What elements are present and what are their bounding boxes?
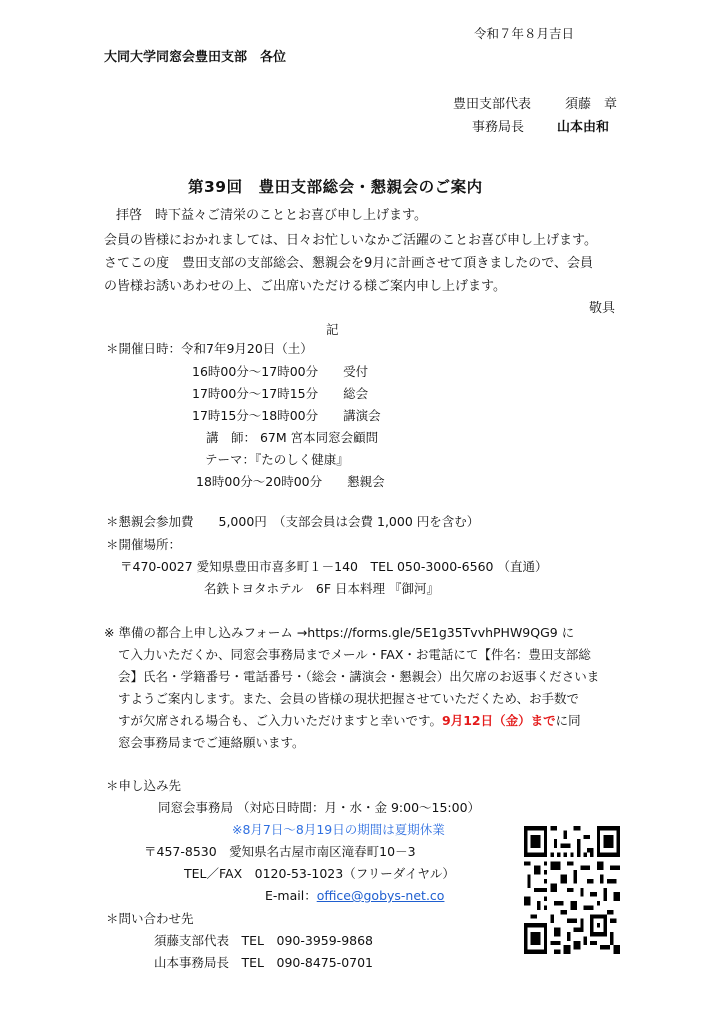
apply-telfax: TEL／FAX 0120-53-1023（フリーダイヤル） — [184, 866, 455, 882]
notice-line-1: ※ 準備の都合上申し込みフォーム →https://forms.gle/5E1g… — [104, 625, 574, 641]
greeting-closing: 敬具 — [589, 301, 615, 317]
sender-2-name: 山本由和 — [557, 120, 609, 136]
summer-holiday-note: ※8月7日～8月19日の期間は夏期休業 — [232, 822, 445, 838]
email-label: E-mail： — [265, 888, 317, 903]
notice-line-5: すが欠席される場合も、ご入力いただけますと幸いです。9月12日（金）までに同 — [118, 713, 581, 729]
schedule-label: ＊開催日時：令和7年9月20日（土） — [106, 341, 313, 357]
greeting-line-4: の皆様お誘いあわせの上、ご出席いただける様ご案内申し上げます。 — [104, 279, 506, 295]
notice-line-5-tail: に同 — [556, 713, 581, 728]
notice-line-4: すようご案内します。また、会員の皆様の現状把握させていただくため、お手数で — [118, 691, 579, 707]
notice-line-3: 会】氏名・学籍番号・電話番号・（総会・講演会・懇親会）出欠席のお返事くださいま — [118, 669, 599, 685]
notice-line-6: 窓会事務局までご連絡願います。 — [118, 735, 305, 751]
apply-office: 同窓会事務局 （対応日時間：月・水・金 9:00～15:00） — [158, 800, 480, 816]
venue-place: 名鉄トヨタホテル 6F 日本料理 『御河』 — [204, 581, 439, 597]
schedule-item: 16時00分～17時00分 受付 — [192, 364, 368, 380]
apply-address: 〒457-8530 愛知県名古屋市南区滝春町10－3 — [144, 844, 416, 860]
fee: ＊懇親会参加費 5,000円 （支部会員は会費 1,000 円を含む） — [106, 514, 479, 530]
qr-code-image[interactable] — [524, 826, 620, 954]
schedule-lecturer: 講 師： 67M 宮本同窓会顧問 — [206, 430, 378, 446]
greeting-line-1: 拝啓 時下益々ご清栄のこととお喜び申し上げます。 — [116, 208, 427, 224]
sender-1-name: 須藤 章 — [565, 97, 617, 113]
venue-address: 〒470-0027 愛知県豊田市喜多町１－140 TEL 050-3000-65… — [120, 559, 547, 575]
venue-label: ＊開催場所： — [106, 537, 181, 553]
greeting-line-3: さてこの度 豊田支部の支部総会、懇親会を9月に計画させて頂きましたので、会員 — [104, 256, 593, 272]
schedule-item: 17時15分～18時00分 講演会 — [192, 408, 381, 424]
schedule-item: 18時00分～20時00分 懇親会 — [196, 474, 385, 490]
sender-1-title: 豊田支部代表 — [453, 97, 531, 113]
contact-label: ＊問い合わせ先 — [106, 911, 194, 927]
recipient: 大同大学同窓会豊田支部 各位 — [104, 50, 286, 66]
ki-heading: 記 — [326, 322, 339, 338]
sender-2-title: 事務局長 — [472, 120, 524, 136]
schedule-item: 17時00分～17時15分 総会 — [192, 386, 368, 402]
greeting-line-2: 会員の皆様におかれましては、日々お忙しいなかご活躍のことお喜び申し上げます。 — [104, 233, 597, 249]
page-title: 第39回 豊田支部総会・懇親会のご案内 — [188, 175, 483, 197]
apply-email-row: E-mail：office@gobys-net.co — [265, 888, 444, 904]
notice-line-2: て入力いただくか、同窓会事務局までメール・FAX・お電話にて【件名：豊田支部総 — [118, 647, 591, 663]
contact-person-2: 山本事務局長 TEL 090-8475-0701 — [154, 955, 373, 971]
contact-person-1: 須藤支部代表 TEL 090-3959-9868 — [154, 933, 373, 949]
document-date: 令和７年８月吉日 — [474, 26, 574, 42]
apply-label: ＊申し込み先 — [106, 778, 181, 794]
deadline-highlight: 9月12日（金）まで — [442, 713, 556, 728]
notice-line-5-text: すが欠席される場合も、ご入力いただけますと幸いです。 — [118, 713, 442, 728]
schedule-theme: テーマ：『たのしく健康』 — [205, 452, 349, 468]
email-link[interactable]: office@gobys-net.co — [317, 888, 445, 903]
